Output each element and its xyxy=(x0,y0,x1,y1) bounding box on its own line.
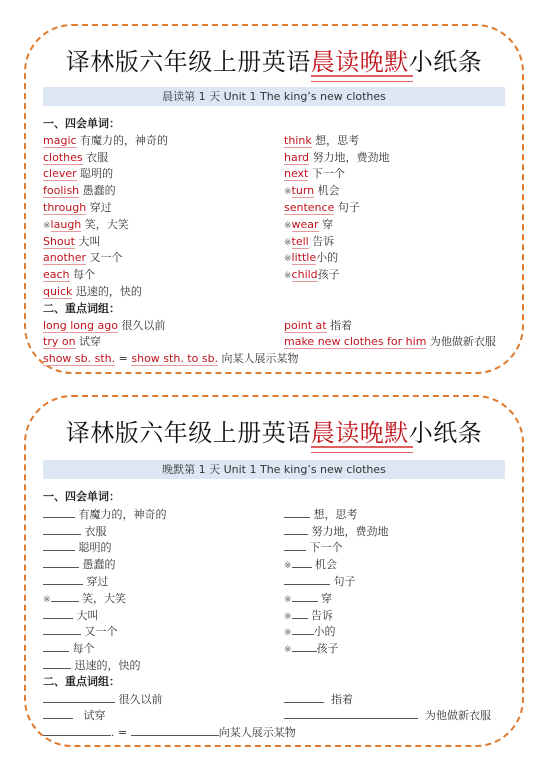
chinese-meaning: 聪明的 xyxy=(75,541,112,554)
answer-blank[interactable] xyxy=(284,539,306,551)
answer-blank[interactable] xyxy=(43,523,81,535)
chinese-meaning: 迅速的，快的 xyxy=(72,285,142,298)
answer-blank[interactable] xyxy=(292,623,314,635)
chinese-meaning: 孩子 xyxy=(317,642,339,655)
answer-blank[interactable] xyxy=(43,506,75,518)
word-blank-row: 衣服 xyxy=(43,523,296,540)
chinese-meaning: 穿 xyxy=(319,218,334,231)
chinese-meaning: 愚蠢的 xyxy=(79,558,116,571)
word-row: clothes 衣服 xyxy=(43,150,299,167)
card-title: 译林版六年级上册英语晨读晚默小纸条 xyxy=(26,413,522,448)
star-mark-icon: ※ xyxy=(43,221,51,231)
word-blank-row: 想，思考 xyxy=(284,506,491,523)
answer-blank[interactable] xyxy=(43,573,83,585)
star-mark-icon: ※ xyxy=(284,612,292,622)
chinese-meaning: 小的 xyxy=(316,251,338,264)
word-blank-row: 下一个 xyxy=(284,539,491,556)
word-row: through 穿过 xyxy=(43,200,299,217)
english-word: wear xyxy=(292,218,319,232)
answer-blank[interactable] xyxy=(43,640,69,652)
chinese-meaning: 想，思考 xyxy=(312,134,360,147)
chinese-meaning: 笑，大笑 xyxy=(79,592,127,605)
answer-blank[interactable] xyxy=(43,657,71,669)
answer-blank[interactable] xyxy=(43,707,73,719)
morning-reading-card: 译林版六年级上册英语晨读晚默小纸条 晨读第 1 天 Unit 1 The kin… xyxy=(24,24,524,374)
word-blank-row: 迅速的，快的 xyxy=(43,657,296,674)
answer-blank[interactable] xyxy=(51,590,79,602)
word-blank-row: 大叫 xyxy=(43,607,296,624)
answer-blank[interactable] xyxy=(284,523,308,535)
word-blank-row: ※ 笑，大笑 xyxy=(43,590,296,607)
english-word: hard xyxy=(284,151,309,165)
english-word: each xyxy=(43,268,70,282)
english-word: through xyxy=(43,201,86,215)
word-row: clever 聪明的 xyxy=(43,166,299,183)
chinese-meaning: 告诉 xyxy=(309,235,335,248)
chinese-meaning: 告诉 xyxy=(308,609,334,622)
section-heading-phrases: 二、重点词组： xyxy=(43,301,299,318)
chinese-meaning: 下一个 xyxy=(308,167,345,180)
english-word: another xyxy=(43,251,86,265)
chinese-meaning: 每个 xyxy=(70,268,96,281)
star-mark-icon: ※ xyxy=(43,595,51,605)
answer-blank[interactable] xyxy=(292,640,317,652)
word-blank-row: ※孩子 xyxy=(284,640,491,657)
word-blank-row: 有魔力的，神奇的 xyxy=(43,506,296,523)
chinese-meaning: 想，思考 xyxy=(310,508,358,521)
card-title: 译林版六年级上册英语晨读晚默小纸条 xyxy=(26,42,522,77)
chinese-meaning: 聪明的 xyxy=(77,167,114,180)
phrase-blank-row: . = 向某人展示某物 xyxy=(43,724,296,741)
word-row: ※turn 机会 xyxy=(284,183,496,200)
answer-blank[interactable] xyxy=(43,623,81,635)
title-highlight: 晨读晚默 xyxy=(311,419,409,447)
phrase-row: make new clothes for him 为他做新衣服 xyxy=(284,334,496,351)
word-blank-row: 穿过 xyxy=(43,573,296,590)
chinese-meaning: 有魔力的，神奇的 xyxy=(75,508,167,521)
english-word: turn xyxy=(292,184,315,198)
star-mark-icon: ※ xyxy=(284,645,292,655)
english-word: laugh xyxy=(51,218,82,232)
left-word-column: 一、四会单词： magic 有魔力的，神奇的clothes 衣服clever 聪… xyxy=(43,116,299,368)
answer-blank[interactable] xyxy=(43,691,115,703)
section-heading-phrases: 二、重点词组： xyxy=(43,674,296,691)
word-row: sentence 句子 xyxy=(284,200,496,217)
word-blank-row: 句子 xyxy=(284,573,491,590)
chinese-meaning: 愚蠢的 xyxy=(79,184,116,197)
answer-blank[interactable] xyxy=(284,691,324,703)
chinese-meaning: 每个 xyxy=(69,642,95,655)
answer-blank[interactable] xyxy=(284,506,310,518)
chinese-meaning: 笑，大笑 xyxy=(81,218,129,231)
left-blank-column: 一、四会单词： 有魔力的，神奇的 衣服 聪明的 愚蠢的 穿过※ 笑，大笑 大叫 … xyxy=(43,489,296,741)
chinese-meaning: 努力地，费劲地 xyxy=(309,151,390,164)
phrase-row: show sb. sth. = show sth. to sb. 向某人展示某物 xyxy=(43,351,299,368)
title-prefix: 译林版六年级上册英语 xyxy=(66,419,311,447)
word-row: think 想，思考 xyxy=(284,133,496,150)
chinese-meaning: 穿 xyxy=(318,592,333,605)
english-word: quick xyxy=(43,285,72,299)
word-blank-row: ※ 告诉 xyxy=(284,607,491,624)
word-row: Shout 大叫 xyxy=(43,234,299,251)
word-blank-row: 又一个 xyxy=(43,623,296,640)
word-row: each 每个 xyxy=(43,267,299,284)
english-word: Shout xyxy=(43,235,75,249)
word-row: ※child孩子 xyxy=(284,267,496,284)
chinese-meaning: 机会 xyxy=(314,184,340,197)
star-mark-icon: ※ xyxy=(284,595,292,605)
chinese-meaning: 孩子 xyxy=(318,268,340,281)
star-mark-icon: ※ xyxy=(284,628,292,638)
chinese-meaning: 又一个 xyxy=(81,625,118,638)
phrase-row: try on 试穿 xyxy=(43,334,299,351)
title-suffix: 小纸条 xyxy=(409,419,483,447)
chinese-meaning: 大叫 xyxy=(73,609,99,622)
day-banner: 晨读第 1 天 Unit 1 The king’s new clothes xyxy=(43,87,505,106)
word-row: ※little小的 xyxy=(284,250,496,267)
answer-blank[interactable] xyxy=(292,556,312,568)
word-blank-row: 每个 xyxy=(43,640,296,657)
chinese-meaning: 迅速的，快的 xyxy=(71,659,141,672)
answer-blank[interactable] xyxy=(292,607,308,619)
phrase-row: long long ago 很久以前 xyxy=(43,318,299,335)
answer-blank[interactable] xyxy=(131,724,219,736)
section-heading-words: 一、四会单词： xyxy=(43,489,296,506)
chinese-meaning: 有魔力的，神奇的 xyxy=(77,134,169,147)
chinese-meaning: 穿过 xyxy=(86,201,112,214)
chinese-meaning: 穿过 xyxy=(83,575,109,588)
answer-blank[interactable] xyxy=(292,590,318,602)
answer-blank[interactable] xyxy=(43,607,73,619)
star-mark-icon: ※ xyxy=(284,187,292,197)
word-row: foolish 愚蠢的 xyxy=(43,183,299,200)
answer-blank[interactable] xyxy=(43,539,75,551)
day-banner: 晚默第 1 天 Unit 1 The king’s new clothes xyxy=(43,460,505,479)
word-row: magic 有魔力的，神奇的 xyxy=(43,133,299,150)
phrase-blank-row: 试穿 xyxy=(43,707,296,724)
phrase-blank-row: 很久以前 xyxy=(43,691,296,708)
chinese-meaning: 努力地，费劲地 xyxy=(308,525,389,538)
chinese-meaning: 句子 xyxy=(334,201,360,214)
english-word: magic xyxy=(43,134,77,148)
chinese-meaning: 句子 xyxy=(330,575,356,588)
star-mark-icon: ※ xyxy=(284,254,292,264)
chinese-meaning: 下一个 xyxy=(306,541,343,554)
evening-dictation-card: 译林版六年级上册英语晨读晚默小纸条 晚默第 1 天 Unit 1 The kin… xyxy=(24,395,524,747)
word-row: another 又一个 xyxy=(43,250,299,267)
word-blank-row: 愚蠢的 xyxy=(43,556,296,573)
word-blank-row: ※ 穿 xyxy=(284,590,491,607)
section-heading-words: 一、四会单词： xyxy=(43,116,299,133)
english-word: foolish xyxy=(43,184,79,198)
star-mark-icon: ※ xyxy=(284,271,292,281)
word-row: ※tell 告诉 xyxy=(284,234,496,251)
english-word: think xyxy=(284,134,312,148)
english-word: clothes xyxy=(43,151,83,165)
word-blank-row: 努力地，费劲地 xyxy=(284,523,491,540)
star-mark-icon: ※ xyxy=(284,238,292,248)
chinese-meaning: 又一个 xyxy=(86,251,123,264)
chinese-meaning: 机会 xyxy=(312,558,338,571)
word-blank-row: 聪明的 xyxy=(43,539,296,556)
english-word: next xyxy=(284,167,308,181)
answer-blank[interactable] xyxy=(284,707,418,719)
word-row: hard 努力地，费劲地 xyxy=(284,150,496,167)
star-mark-icon: ※ xyxy=(284,221,292,231)
word-row: quick 迅速的，快的 xyxy=(43,284,299,301)
english-word: tell xyxy=(292,235,309,249)
title-highlight: 晨读晚默 xyxy=(311,48,409,76)
word-blank-row: ※ 机会 xyxy=(284,556,491,573)
right-word-column: think 想，思考hard 努力地，费劲地next 下一个※turn 机会se… xyxy=(284,116,496,351)
title-prefix: 译林版六年级上册英语 xyxy=(66,48,311,76)
chinese-meaning: 衣服 xyxy=(81,525,107,538)
phrase-blank-row: 为他做新衣服 xyxy=(284,707,491,724)
english-word: child xyxy=(292,268,318,282)
chinese-meaning: 衣服 xyxy=(83,151,109,164)
star-mark-icon: ※ xyxy=(284,561,292,571)
answer-blank[interactable] xyxy=(43,556,79,568)
right-blank-column: 想，思考 努力地，费劲地 下一个※ 机会 句子※ 穿※ 告诉※小的※孩子 指着 … xyxy=(284,489,491,724)
word-row: next 下一个 xyxy=(284,166,496,183)
answer-blank[interactable] xyxy=(43,724,111,736)
word-row: ※laugh 笑，大笑 xyxy=(43,217,299,234)
phrase-row: point at 指着 xyxy=(284,318,496,335)
word-blank-row: ※小的 xyxy=(284,623,491,640)
title-suffix: 小纸条 xyxy=(409,48,483,76)
word-row: ※wear 穿 xyxy=(284,217,496,234)
phrase-blank-row: 指着 xyxy=(284,691,491,708)
english-word: clever xyxy=(43,167,77,181)
chinese-meaning: 大叫 xyxy=(75,235,101,248)
answer-blank[interactable] xyxy=(284,573,330,585)
chinese-meaning: 小的 xyxy=(314,625,336,638)
english-word: sentence xyxy=(284,201,334,215)
english-word: little xyxy=(292,251,317,265)
